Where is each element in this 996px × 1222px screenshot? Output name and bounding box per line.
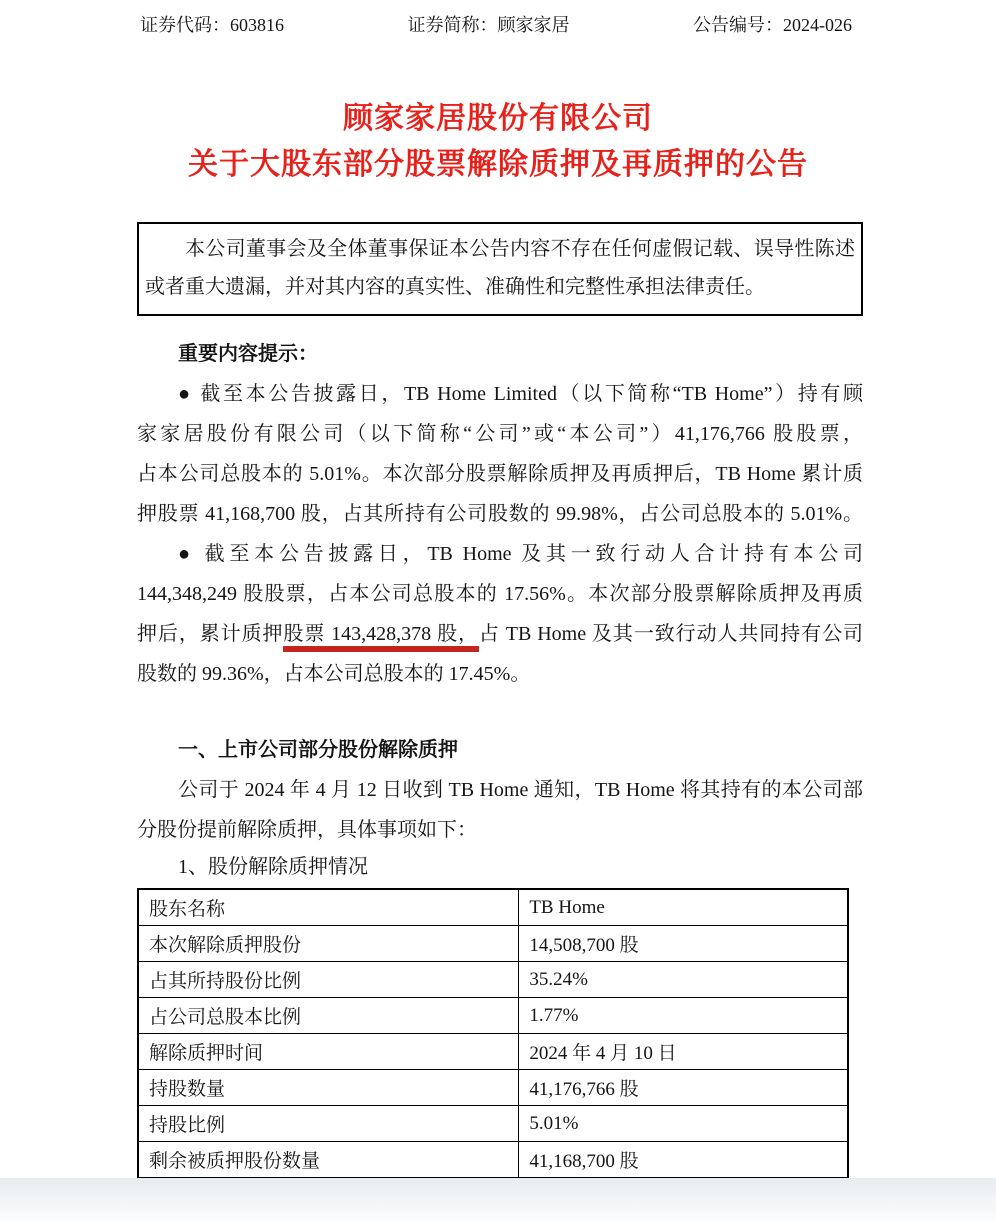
red-underlined-figure: 股票 143,428,378 股， — [283, 623, 479, 652]
row-label: 剩余被质押股份数量 — [138, 1142, 519, 1179]
stock-code: 证券代码：603816 — [140, 14, 284, 36]
bullet-2-line-3-post: 占 TB Home 及其一致行动人共同持有公司 — [479, 623, 863, 645]
page-title-line-2: 关于大股东部分股票解除质押及再质押的公告 — [0, 142, 996, 188]
row-value: 5.01% — [519, 1106, 848, 1142]
bullet-2-line-1: ● 截至本公告披露日，TB Home 及其一致行动人合计持有本公司 — [137, 534, 863, 574]
disclaimer-line-1: 本公司董事会及全体董事保证本公告内容不存在任何虚假记载、误导性陈述 — [145, 230, 855, 268]
document-body: 重要内容提示： ● 截至本公告披露日，TB Home Limited（以下简称“… — [137, 334, 863, 884]
row-value: 41,168,700 股 — [519, 1142, 848, 1179]
bullet-1-line-2: 家家居股份有限公司（以下简称“公司”或“本公司”）41,176,766 股股票， — [137, 414, 863, 454]
table-row: 持股数量 41,176,766 股 — [138, 1070, 848, 1106]
bullet-1-line-1: ● 截至本公告披露日，TB Home Limited（以下简称“TB Home”… — [137, 374, 863, 414]
row-value: 2024 年 4 月 10 日 — [519, 1034, 848, 1070]
section-1-para-line-2: 分股份提前解除质押，具体事项如下： — [137, 810, 863, 850]
bullet-1-line-4: 押股票 41,168,700 股，占其所持有公司股数的 99.98%，占公司总股… — [137, 494, 863, 534]
bullet-2-line-4: 股数的 99.36%，占本公司总股本的 17.45%。 — [137, 654, 863, 694]
bullet-1-line-3: 占本公司总股本的 5.01%。本次部分股票解除质押及再质押后，TB Home 累… — [137, 454, 863, 494]
table-row: 剩余被质押股份数量 41,168,700 股 — [138, 1142, 848, 1179]
row-label: 持股比例 — [138, 1106, 519, 1142]
section-1-subheading: 1、股份解除质押情况 — [137, 850, 863, 884]
row-value: 41,176,766 股 — [519, 1070, 848, 1106]
announcement-document: 证券代码：603816 证券简称：顾家家居 公告编号：2024-026 顾家家居… — [0, 14, 996, 1179]
row-value: 35.24% — [519, 962, 848, 998]
table-row: 解除质押时间 2024 年 4 月 10 日 — [138, 1034, 848, 1070]
row-label: 本次解除质押股份 — [138, 926, 519, 962]
bullet-2-line-3-pre: 押后，累计质押 — [137, 623, 283, 645]
row-value: 14,508,700 股 — [519, 926, 848, 962]
row-label: 股东名称 — [138, 889, 519, 926]
row-label: 占公司总股本比例 — [138, 998, 519, 1034]
table-row: 持股比例 5.01% — [138, 1106, 848, 1142]
disclaimer-line-2: 或者重大遗漏，并对其内容的真实性、准确性和完整性承担法律责任。 — [145, 268, 855, 306]
bullet-2-line-2: 144,348,249 股股票，占本公司总股本的 17.56%。本次部分股票解除… — [137, 574, 863, 614]
document-header: 证券代码：603816 证券简称：顾家家居 公告编号：2024-026 — [140, 14, 852, 36]
section-1-heading: 一、上市公司部分股份解除质押 — [137, 730, 863, 770]
page-bottom-edge — [0, 1178, 996, 1222]
page-title: 顾家家居股份有限公司 关于大股东部分股票解除质押及再质押的公告 — [0, 96, 996, 188]
row-label: 占其所持股份比例 — [138, 962, 519, 998]
table-row: 占其所持股份比例 35.24% — [138, 962, 848, 998]
table-row: 本次解除质押股份 14,508,700 股 — [138, 926, 848, 962]
stock-name: 证券简称：顾家家居 — [408, 14, 570, 36]
disclaimer-box: 本公司董事会及全体董事保证本公告内容不存在任何虚假记载、误导性陈述 或者重大遗漏… — [137, 222, 863, 316]
page-title-line-1: 顾家家居股份有限公司 — [0, 96, 996, 142]
row-value: 1.77% — [519, 998, 848, 1034]
pledge-release-table: 股东名称 TB Home 本次解除质押股份 14,508,700 股 占其所持股… — [137, 888, 849, 1179]
announcement-number: 公告编号：2024-026 — [693, 14, 852, 36]
section-1-para-line-1: 公司于 2024 年 4 月 12 日收到 TB Home 通知，TB Home… — [137, 770, 863, 810]
table-row: 占公司总股本比例 1.77% — [138, 998, 848, 1034]
table-row: 股东名称 TB Home — [138, 889, 848, 926]
row-label: 解除质押时间 — [138, 1034, 519, 1070]
row-label: 持股数量 — [138, 1070, 519, 1106]
important-note-label: 重要内容提示： — [137, 334, 863, 374]
row-value: TB Home — [519, 889, 848, 926]
bullet-2-line-3: 押后，累计质押股票 143,428,378 股，占 TB Home 及其一致行动… — [137, 614, 863, 654]
